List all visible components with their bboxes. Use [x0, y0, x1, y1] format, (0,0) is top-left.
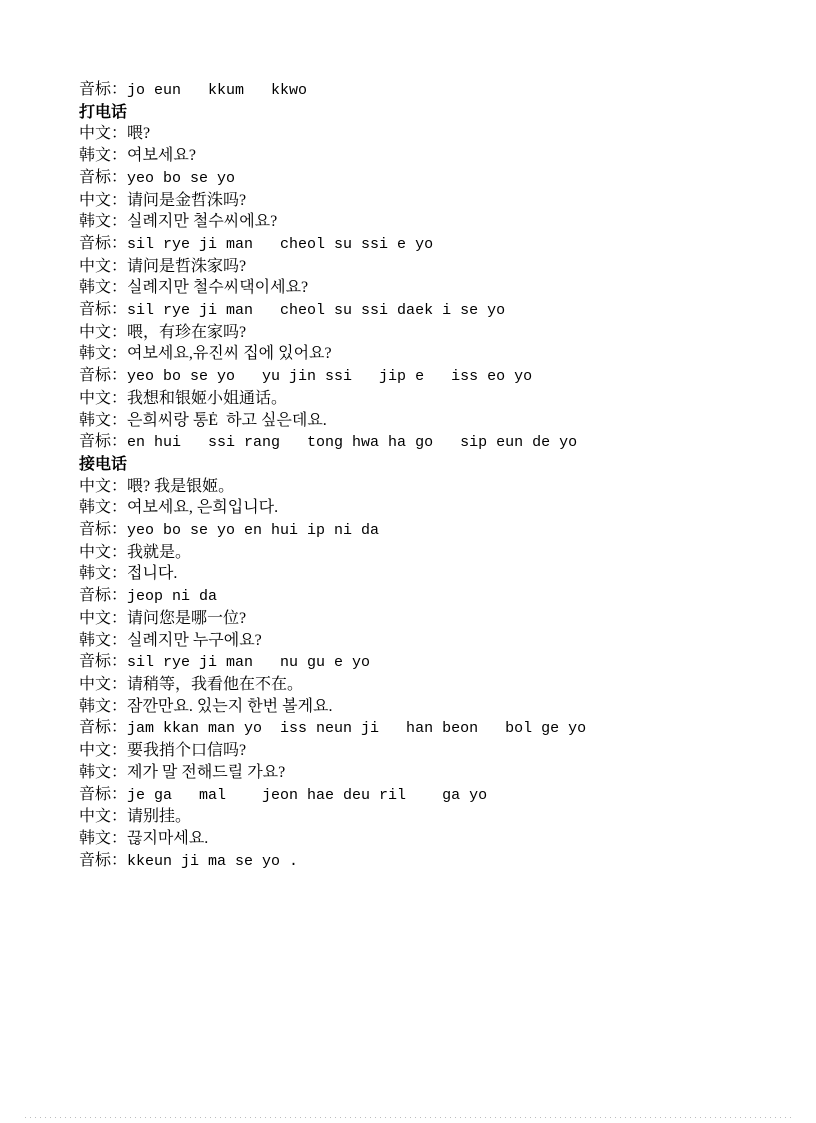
section-heading: 打电话: [79, 102, 586, 124]
korean-text: 은희씨랑 통Ė 하고 싶은데요.: [127, 412, 327, 429]
phonetic-label: 音标：: [79, 367, 127, 384]
text-line-chinese: 中文：请问是金哲洙吗?: [79, 190, 586, 212]
text-line-korean: 韩文：은희씨랑 통Ė 하고 싶은데요.: [79, 410, 586, 432]
chinese-label: 中文：: [79, 125, 127, 142]
text-line-phonetic: 音标：kkeun ji ma se yo .: [79, 850, 586, 873]
korean-text: 접니다.: [127, 565, 177, 582]
phonetic-text: sil rye ji man cheol su ssi e yo: [127, 236, 433, 253]
text-line-korean: 韩文：접니다.: [79, 563, 586, 585]
text-line-phonetic: 音标：yeo bo se yo: [79, 167, 586, 190]
phonetic-text: yeo bo se yo: [127, 170, 235, 187]
text-line-korean: 韩文：여보세요, 은희입니다.: [79, 497, 586, 519]
korean-label: 韩文：: [79, 345, 127, 362]
chinese-text: 喂，有珍在家吗?: [127, 324, 246, 341]
korean-text: 여보세요,유진씨 집에 있어요?: [127, 345, 332, 362]
text-line-chinese: 中文：请稍等，我看他在不在。: [79, 674, 586, 696]
korean-text: 끊지마세요.: [127, 830, 208, 847]
text-line-chinese: 中文：请问您是哪一位?: [79, 608, 586, 630]
korean-label: 韩文：: [79, 830, 127, 847]
text-line-chinese: 中文：要我捎个口信吗?: [79, 740, 586, 762]
korean-text: 실례지만 철수씨에요?: [127, 213, 277, 230]
korean-label: 韩文：: [79, 499, 127, 516]
phonetic-text: jeop ni da: [127, 588, 217, 605]
chinese-label: 中文：: [79, 610, 127, 627]
text-line-chinese: 中文：我就是。: [79, 542, 586, 564]
phonetic-text: en hui ssi rang tong hwa ha go sip eun d…: [127, 434, 577, 451]
korean-text: 제가 말 전해드릴 가요?: [127, 764, 285, 781]
chinese-label: 中文：: [79, 478, 127, 495]
text-line-chinese: 中文：请问是哲洙家吗?: [79, 256, 586, 278]
phonetic-text: jam kkan man yo iss neun ji han beon bol…: [127, 720, 586, 737]
korean-text: 잠깐만요. 있는지 한번 볼게요.: [127, 698, 332, 715]
text-line-chinese: 中文：喂? 我是银姬。: [79, 476, 586, 498]
phonetic-text: je ga mal jeon hae deu ril ga yo: [127, 787, 487, 804]
chinese-label: 中文：: [79, 742, 127, 759]
section-heading: 接电话: [79, 454, 586, 476]
chinese-label: 中文：: [79, 676, 127, 693]
korean-label: 韩文：: [79, 147, 127, 164]
text-line-korean: 韩文：실례지만 철수씨댁이세요?: [79, 277, 586, 299]
text-line-phonetic: 音标：yeo bo se yo yu jin ssi jip e iss eo …: [79, 365, 586, 388]
text-line-phonetic: 音标：sil rye ji man cheol su ssi e yo: [79, 233, 586, 256]
korean-label: 韩文：: [79, 632, 127, 649]
chinese-text: 请问是金哲洙吗?: [127, 192, 246, 209]
phonetic-label: 音标：: [79, 433, 127, 450]
chinese-text: 要我捎个口信吗?: [127, 742, 246, 759]
korean-text: 여보세요?: [127, 147, 196, 164]
phonetic-text: kkeun ji ma se yo .: [127, 853, 298, 870]
phonetic-text: yeo bo se yo en hui ip ni da: [127, 522, 379, 539]
chinese-text: 喂?: [127, 125, 150, 142]
phonetic-label: 音标：: [79, 521, 127, 538]
text-line-phonetic: 音标：jam kkan man yo iss neun ji han beon …: [79, 717, 586, 740]
korean-label: 韩文：: [79, 213, 127, 230]
text-line-korean: 韩文：잠깐만요. 있는지 한번 볼게요.: [79, 696, 586, 718]
phonetic-text: jo eun kkum kkwo: [127, 82, 307, 99]
document-content: 音标：jo eun kkum kkwo打电话中文：喂?韩文：여보세요?音标：ye…: [79, 79, 586, 872]
text-line-chinese: 中文：喂?: [79, 123, 586, 145]
korean-text: 실례지만 철수씨댁이세요?: [127, 279, 308, 296]
text-line-korean: 韩文：실례지만 철수씨에요?: [79, 211, 586, 233]
chinese-text: 喂? 我是银姬。: [127, 478, 234, 495]
phonetic-label: 音标：: [79, 587, 127, 604]
phonetic-label: 音标：: [79, 786, 127, 803]
korean-text: 실례지만 누구에요?: [127, 632, 262, 649]
text-line-chinese: 中文：喂，有珍在家吗?: [79, 322, 586, 344]
phonetic-label: 音标：: [79, 301, 127, 318]
korean-label: 韩文：: [79, 764, 127, 781]
chinese-label: 中文：: [79, 258, 127, 275]
text-line-chinese: 中文：请别挂。: [79, 806, 586, 828]
phonetic-label: 音标：: [79, 169, 127, 186]
text-line-chinese: 中文：我想和银姬小姐通话。: [79, 388, 586, 410]
text-line-phonetic: 音标：yeo bo se yo en hui ip ni da: [79, 519, 586, 542]
korean-label: 韩文：: [79, 412, 127, 429]
phonetic-label: 音标：: [79, 235, 127, 252]
chinese-text: 我想和银姬小姐通话。: [127, 390, 287, 407]
phonetic-label: 音标：: [79, 852, 127, 869]
phonetic-label: 音标：: [79, 81, 127, 98]
text-line-korean: 韩文：제가 말 전해드릴 가요?: [79, 762, 586, 784]
text-line-korean: 韩文：여보세요?: [79, 145, 586, 167]
chinese-text: 请问是哲洙家吗?: [127, 258, 246, 275]
korean-text: 여보세요, 은희입니다.: [127, 499, 278, 516]
text-line-korean: 韩文：실례지만 누구에요?: [79, 630, 586, 652]
text-line-phonetic: 音标：jo eun kkum kkwo: [79, 79, 586, 102]
chinese-text: 请别挂。: [127, 808, 191, 825]
korean-label: 韩文：: [79, 698, 127, 715]
text-line-phonetic: 音标：en hui ssi rang tong hwa ha go sip eu…: [79, 431, 586, 454]
text-line-korean: 韩文：끊지마세요.: [79, 828, 586, 850]
page-bottom-boundary: [25, 1117, 791, 1118]
phonetic-text: yeo bo se yo yu jin ssi jip e iss eo yo: [127, 368, 532, 385]
text-line-phonetic: 音标：sil rye ji man nu gu e yo: [79, 651, 586, 674]
text-line-phonetic: 音标：je ga mal jeon hae deu ril ga yo: [79, 784, 586, 807]
chinese-text: 请问您是哪一位?: [127, 610, 246, 627]
chinese-text: 请稍等，我看他在不在。: [127, 676, 303, 693]
phonetic-text: sil rye ji man nu gu e yo: [127, 654, 370, 671]
chinese-label: 中文：: [79, 808, 127, 825]
chinese-label: 中文：: [79, 192, 127, 209]
text-line-phonetic: 音标：jeop ni da: [79, 585, 586, 608]
korean-label: 韩文：: [79, 565, 127, 582]
phonetic-text: sil rye ji man cheol su ssi daek i se yo: [127, 302, 505, 319]
chinese-label: 中文：: [79, 390, 127, 407]
korean-label: 韩文：: [79, 279, 127, 296]
phonetic-label: 音标：: [79, 653, 127, 670]
chinese-label: 中文：: [79, 324, 127, 341]
chinese-text: 我就是。: [127, 544, 191, 561]
text-line-korean: 韩文：여보세요,유진씨 집에 있어요?: [79, 343, 586, 365]
chinese-label: 中文：: [79, 544, 127, 561]
text-line-phonetic: 音标：sil rye ji man cheol su ssi daek i se…: [79, 299, 586, 322]
phonetic-label: 音标：: [79, 719, 127, 736]
